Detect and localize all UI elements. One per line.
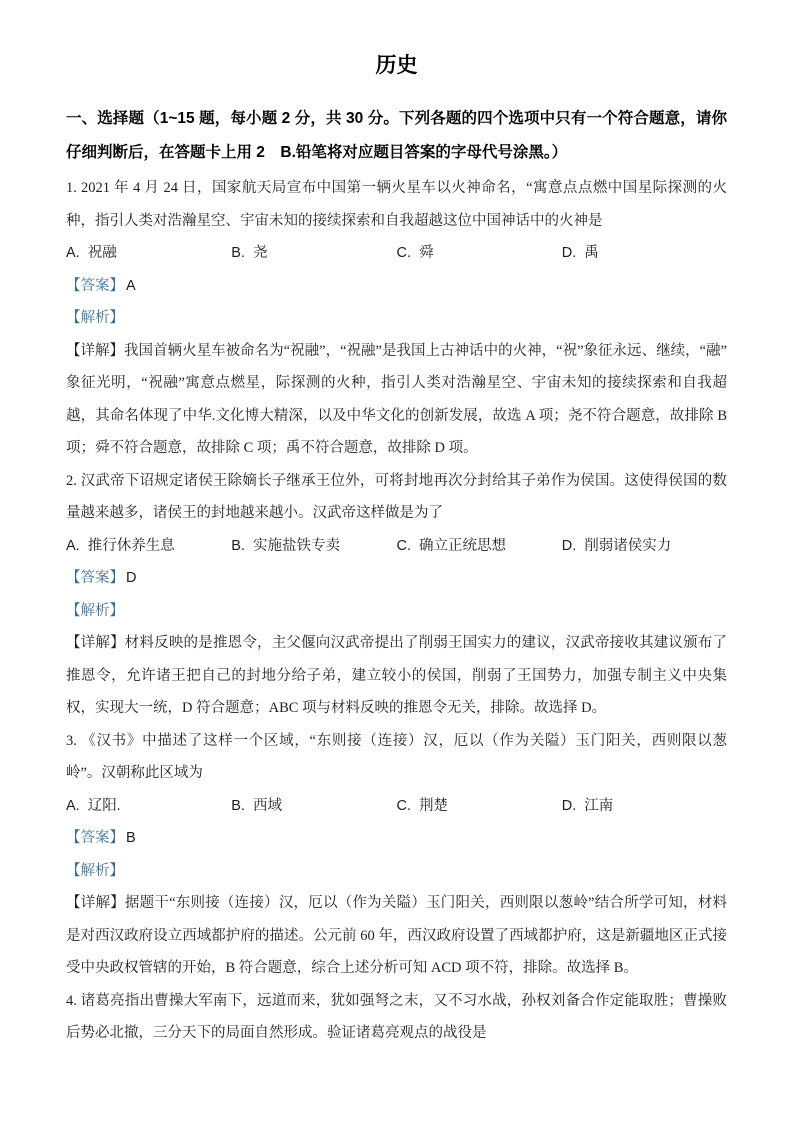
question-stem: 4. 诸葛亮指出曹操大军南下，远道而来，犹如强弩之末，又不习水战，孙权刘备合作定… — [66, 985, 727, 1050]
question-2: 2. 汉武帝下诏规定诸侯王除嫡长子继承王位外，可将封地再次分封给其子弟作为侯国。… — [66, 465, 727, 725]
detail-label: 【详解】 — [66, 635, 125, 651]
analysis-label: 【解析】 — [66, 863, 124, 879]
option-label: A. — [66, 245, 80, 261]
detail-text: 材料反映的是推恩令，主父偃向汉武帝提出了削弱王国实力的建议，汉武帝接收其建议颁布… — [66, 635, 727, 716]
detail-paragraph: 【详解】我国首辆火星车被命名为“祝融”，“祝融”是我国上古神话中的火神，“祝”象… — [66, 335, 727, 465]
detail-paragraph: 【详解】据题干“东则接（连接）汉，厄以（作为关隘）玉门阳关，西则限以葱岭”结合所… — [66, 887, 727, 985]
option-text: 削弱诸侯实力 — [584, 538, 671, 554]
question-stem: 2. 汉武帝下诏规定诸侯王除嫡长子继承王位外，可将封地再次分封给其子弟作为侯国。… — [66, 465, 727, 530]
analysis-label: 【解析】 — [66, 603, 124, 619]
option-label: A. — [66, 798, 80, 814]
answer-line: 【答案】D — [66, 562, 727, 595]
option-a: A.祝融 — [66, 237, 231, 270]
exam-page: 历史 一、选择题（1~15 题，每小题 2 分，共 30 分。下列各题的四个选项… — [0, 0, 793, 1122]
option-label: D. — [562, 538, 577, 554]
detail-label: 【详解】 — [66, 895, 125, 911]
option-text: 荆楚 — [419, 798, 448, 814]
analysis-line: 【解析】 — [66, 855, 727, 888]
detail-text: 据题干“东则接（连接）汉，厄以（作为关隘）玉门阳关，西则限以葱岭”结合所学可知，… — [66, 895, 727, 976]
question-3: 3. 《汉书》中描述了这样一个区域，“东则接（连接）汉，厄以（作为关隘）玉门阳关… — [66, 725, 727, 985]
answer-line: 【答案】A — [66, 270, 727, 303]
answer-line: 【答案】B — [66, 822, 727, 855]
option-label: B. — [231, 798, 245, 814]
option-b: B.实施盐铁专卖 — [231, 530, 396, 563]
option-label: D. — [562, 245, 577, 261]
option-text: 江南 — [584, 798, 613, 814]
option-label: C. — [397, 798, 412, 814]
option-text: 尧 — [253, 245, 268, 261]
options-row: A.推行休养生息 B.实施盐铁专卖 C.确立正统思想 D.削弱诸侯实力 — [66, 530, 727, 563]
option-c: C.舜 — [397, 237, 562, 270]
answer-label: 【答案】 — [66, 278, 124, 294]
option-label: C. — [397, 538, 412, 554]
option-text: 禹 — [584, 245, 599, 261]
option-text: 西域 — [253, 798, 282, 814]
option-text: 舜 — [419, 245, 434, 261]
options-row: A.辽阳. B.西域 C.荆楚 D.江南 — [66, 790, 727, 823]
options-row: A.祝融 B.尧 C.舜 D.禹 — [66, 237, 727, 270]
analysis-label: 【解析】 — [66, 310, 124, 326]
question-1: 1. 2021 年 4 月 24 日，国家航天局宣布中国第一辆火星车以火神命名，… — [66, 172, 727, 465]
question-stem: 1. 2021 年 4 月 24 日，国家航天局宣布中国第一辆火星车以火神命名，… — [66, 172, 727, 237]
answer-value: D — [126, 570, 136, 586]
detail-label: 【详解】 — [66, 343, 124, 359]
option-label: B. — [231, 245, 245, 261]
question-4: 4. 诸葛亮指出曹操大军南下，远道而来，犹如强弩之末，又不习水战，孙权刘备合作定… — [66, 985, 727, 1050]
option-text: 确立正统思想 — [419, 538, 506, 554]
option-label: A. — [66, 538, 80, 554]
option-text: 推行休养生息 — [88, 538, 175, 554]
option-d: D.江南 — [562, 790, 727, 823]
option-a: A.推行休养生息 — [66, 530, 231, 563]
answer-value: B — [126, 830, 136, 846]
option-d: D.禹 — [562, 237, 727, 270]
detail-text: 我国首辆火星车被命名为“祝融”，“祝融”是我国上古神话中的火神，“祝”象征永远、… — [66, 343, 727, 457]
option-label: B. — [231, 538, 245, 554]
option-c: C.荆楚 — [397, 790, 562, 823]
detail-paragraph: 【详解】材料反映的是推恩令，主父偃向汉武帝提出了削弱王国实力的建议，汉武帝接收其… — [66, 627, 727, 725]
question-stem: 3. 《汉书》中描述了这样一个区域，“东则接（连接）汉，厄以（作为关隘）玉门阳关… — [66, 725, 727, 790]
option-label: C. — [397, 245, 412, 261]
option-text: 辽阳. — [88, 798, 121, 814]
option-a: A.辽阳. — [66, 790, 231, 823]
option-d: D.削弱诸侯实力 — [562, 530, 727, 563]
option-label: D. — [562, 798, 577, 814]
analysis-line: 【解析】 — [66, 595, 727, 628]
option-text: 实施盐铁专卖 — [253, 538, 340, 554]
section-header: 一、选择题（1~15 题，每小题 2 分，共 30 分。下列各题的四个选项中只有… — [66, 102, 727, 170]
answer-label: 【答案】 — [66, 830, 124, 846]
option-text: 祝融 — [88, 245, 117, 261]
option-b: B.西域 — [231, 790, 396, 823]
answer-label: 【答案】 — [66, 570, 124, 586]
analysis-line: 【解析】 — [66, 302, 727, 335]
option-b: B.尧 — [231, 237, 396, 270]
page-title: 历史 — [66, 46, 727, 86]
option-c: C.确立正统思想 — [397, 530, 562, 563]
answer-value: A — [126, 278, 136, 294]
